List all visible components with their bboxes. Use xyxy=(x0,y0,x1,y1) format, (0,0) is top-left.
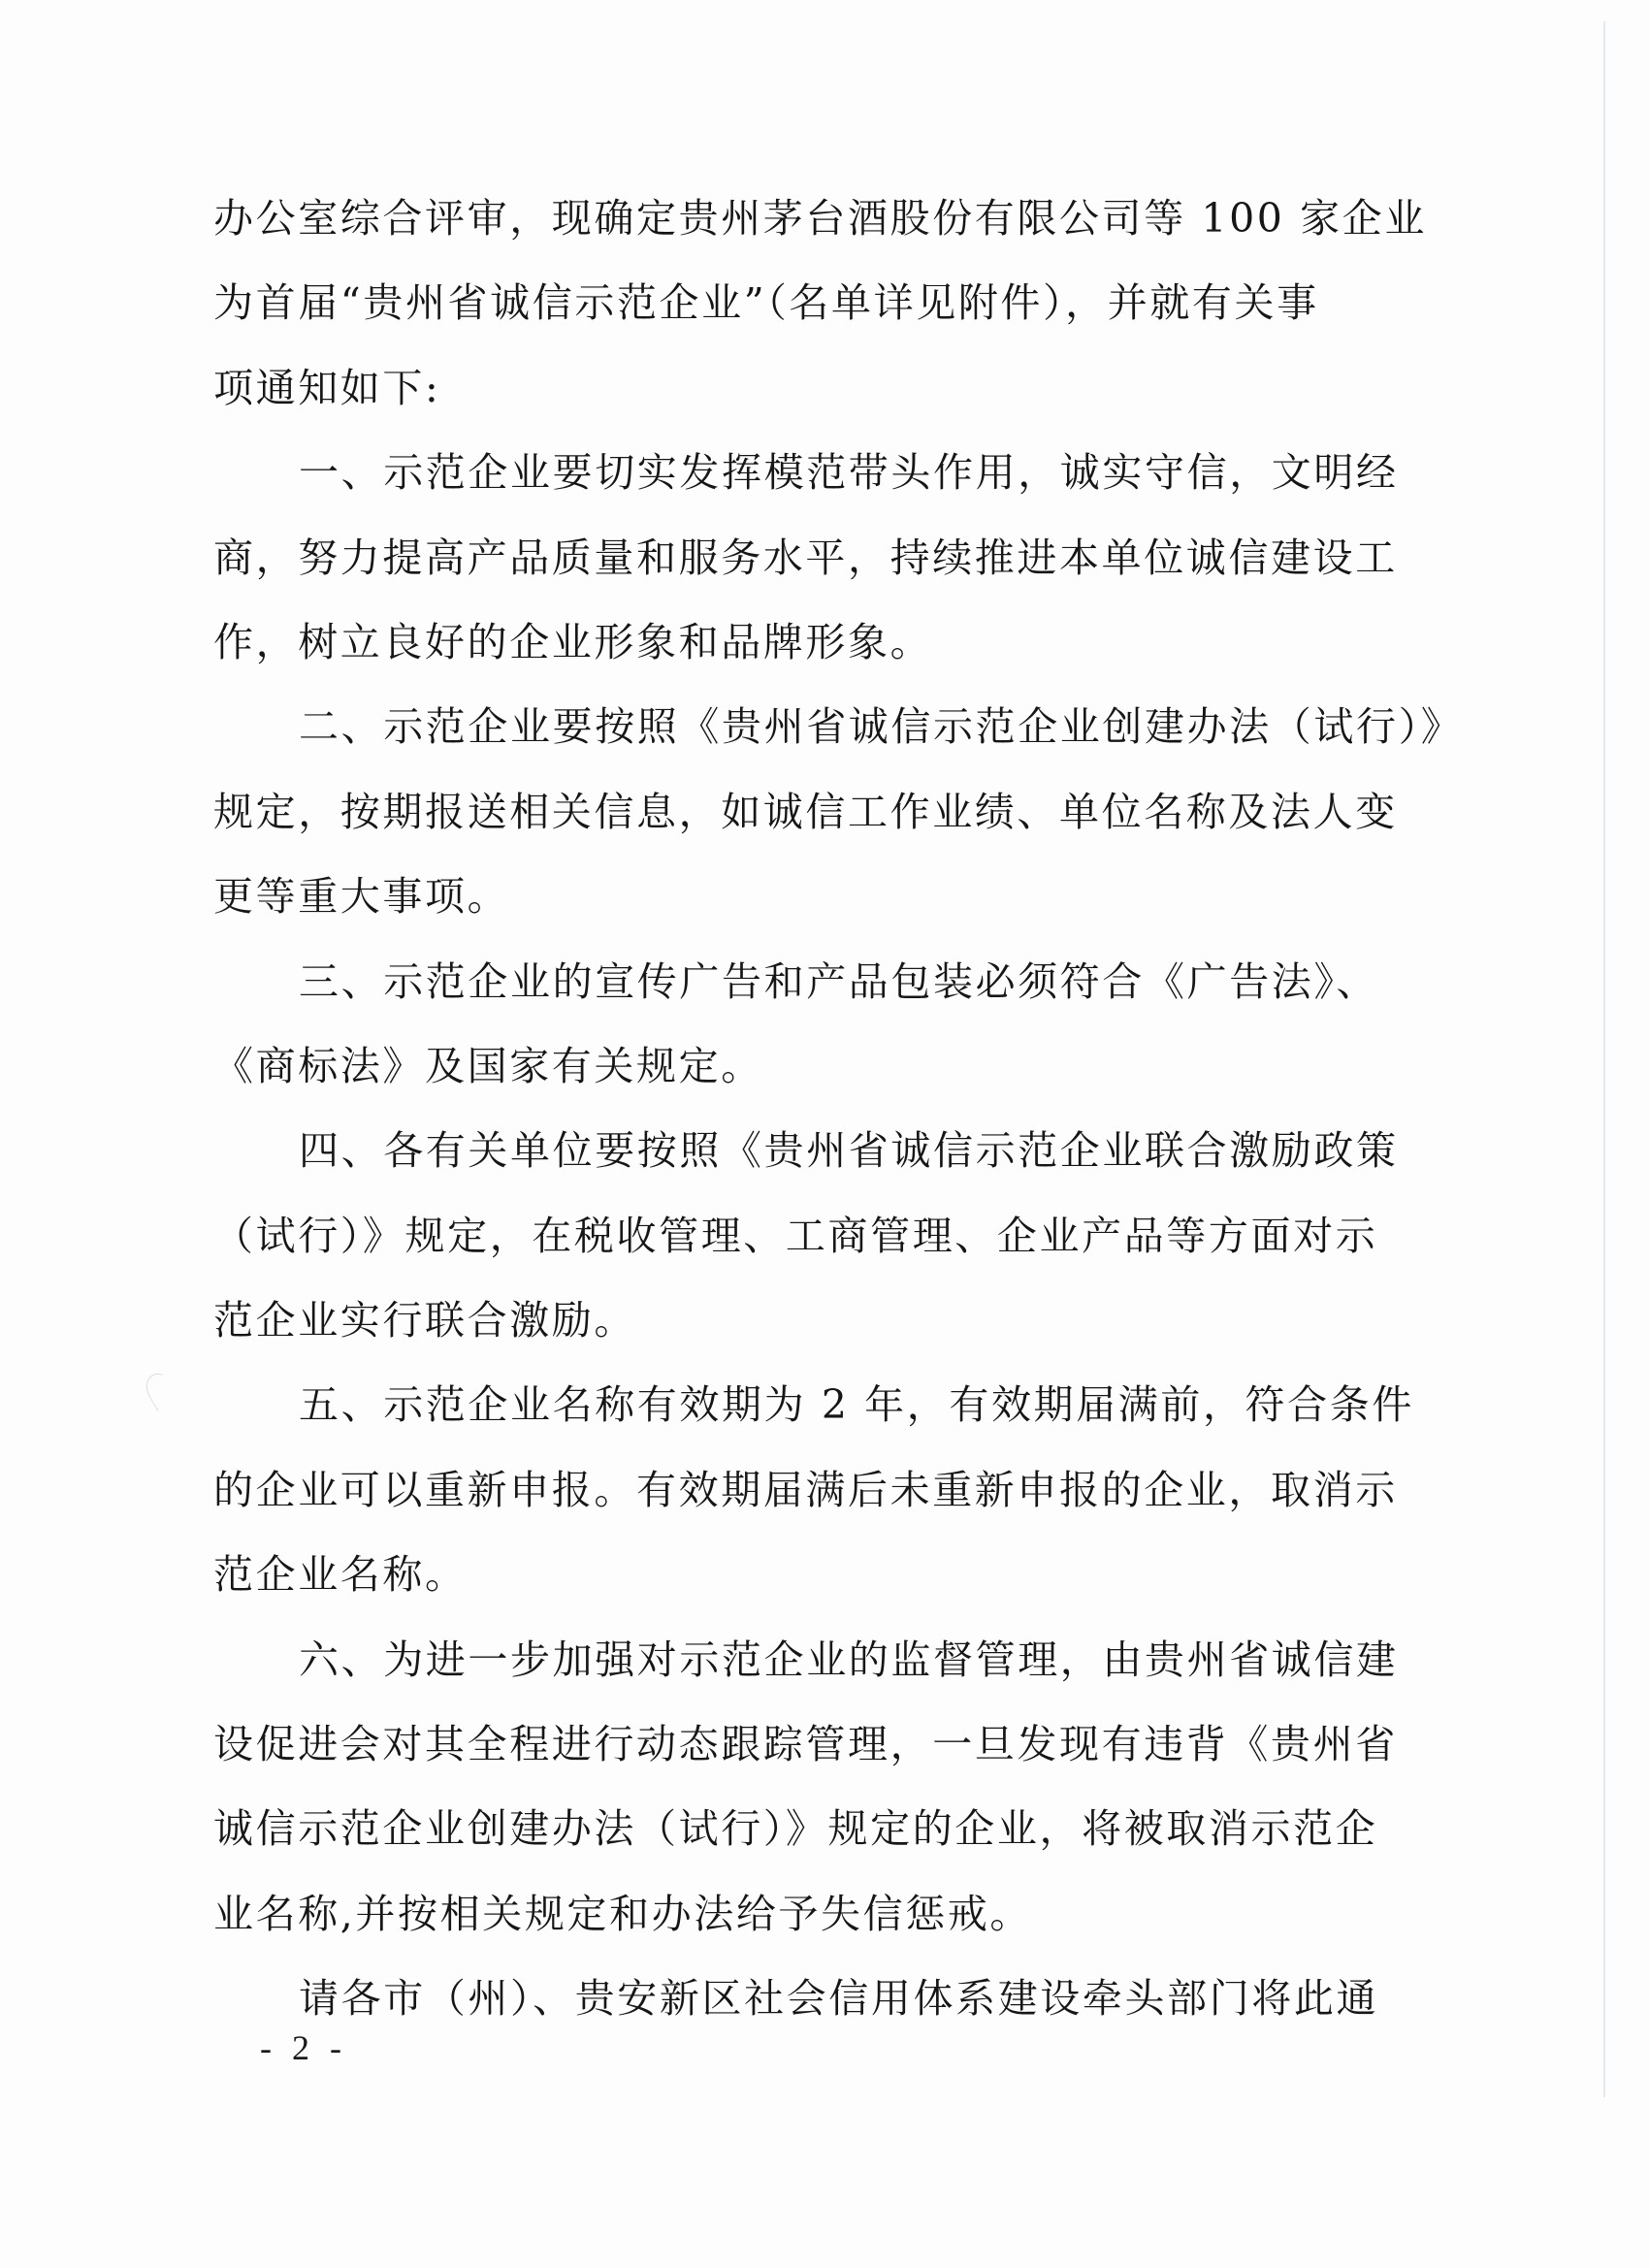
item-4-line-2: （试行）》规定，在税收管理、工商管理、企业产品等方面对示 xyxy=(213,1194,1416,1279)
paragraph-intro-line-1: 办公室综合评审，现确定贵州茅台酒股份有限公司等 100 家企业 xyxy=(213,177,1416,261)
item-1-line-2: 商，努力提高产品质量和服务水平，持续推进本单位诚信建设工 xyxy=(213,516,1416,600)
page-number: - 2 - xyxy=(260,2027,347,2068)
item-6-line-1: 六、为进一步加强对示范企业的监督管理，由贵州省诚信建 xyxy=(213,1618,1416,1702)
item-4-line-3: 范企业实行联合激励。 xyxy=(213,1279,1416,1363)
item-3-line-2: 《商标法》及国家有关规定。 xyxy=(213,1024,1416,1109)
closing-request-line-1: 请各市（州）、贵安新区社会信用体系建设牵头部门将此通 xyxy=(213,1957,1416,2041)
item-2-line-3: 更等重大事项。 xyxy=(213,855,1416,939)
document-page: 办公室综合评审，现确定贵州茅台酒股份有限公司等 100 家企业 为首届“贵州省诚… xyxy=(0,0,1649,2268)
scan-edge-line xyxy=(1603,21,1605,2097)
item-6-line-3: 诚信示范企业创建办法（试行）》规定的企业，将被取消示范企 xyxy=(213,1787,1416,1871)
item-6-line-4: 业名称,并按相关规定和办法给予失信惩戒。 xyxy=(213,1872,1416,1957)
item-4-line-1: 四、各有关单位要按照《贵州省诚信示范企业联合激励政策 xyxy=(213,1109,1416,1193)
item-1-line-1: 一、示范企业要切实发挥模范带头作用，诚实守信，文明经 xyxy=(213,431,1416,515)
paragraph-intro-line-2: 为首届“贵州省诚信示范企业”（名单详见附件），并就有关事 xyxy=(213,261,1416,345)
item-6-line-2: 设促进会对其全程进行动态跟踪管理，一旦发现有违背《贵州省 xyxy=(213,1702,1416,1787)
document-body: 办公室综合评审，现确定贵州茅台酒股份有限公司等 100 家企业 为首届“贵州省诚… xyxy=(213,177,1416,2042)
item-5-line-3: 范企业名称。 xyxy=(213,1533,1416,1617)
item-2-line-1: 二、示范企业要按照《贵州省诚信示范企业创建办法（试行）》 xyxy=(213,685,1416,769)
item-1-line-3: 作，树立良好的企业形象和品牌形象。 xyxy=(213,600,1416,685)
item-5-line-2: 的企业可以重新申报。有效期届满后未重新申报的企业，取消示 xyxy=(213,1448,1416,1533)
item-5-line-1: 五、示范企业名称有效期为 2 年，有效期届满前，符合条件 xyxy=(213,1363,1416,1447)
margin-pen-mark xyxy=(141,1368,181,1411)
item-3-line-1: 三、示范企业的宣传广告和产品包装必须符合《广告法》、 xyxy=(213,940,1416,1024)
paragraph-intro-line-3: 项通知如下: xyxy=(213,346,1416,431)
item-2-line-2: 规定，按期报送相关信息，如诚信工作业绩、单位名称及法人变 xyxy=(213,770,1416,855)
